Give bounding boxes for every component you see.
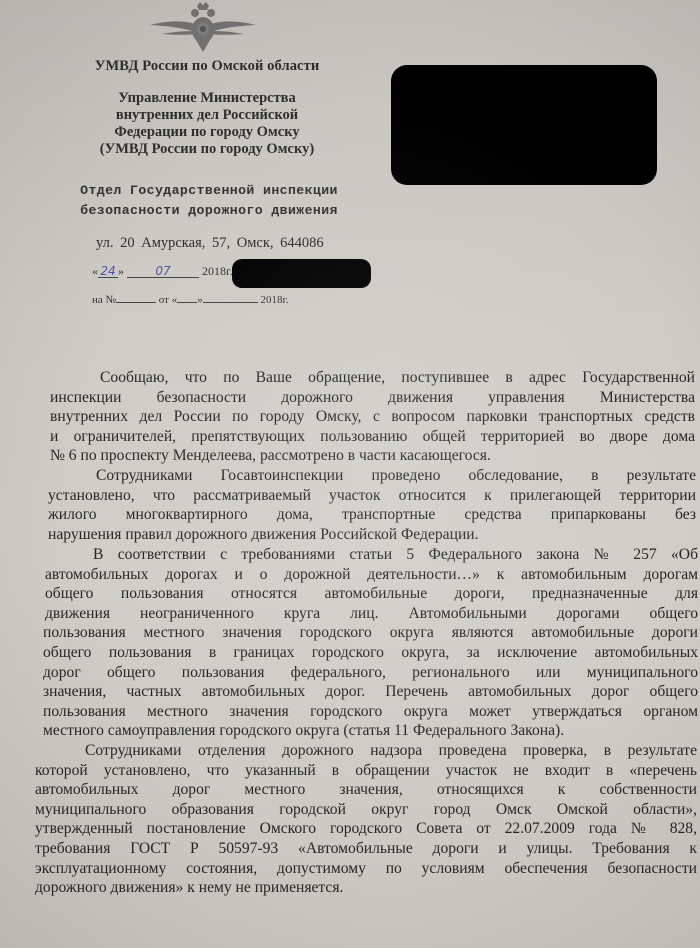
paragraph-1: Сообщаю, что по Ваше обращение, поступив… [50, 368, 695, 466]
ref-number-field [116, 291, 156, 303]
date-month-field: 07 [127, 264, 199, 278]
body-line: В соответствии с требованиями статьи 5 Ф… [93, 545, 698, 565]
org-line: Федерации по городу Омску [82, 124, 332, 141]
ref-day-field [177, 291, 197, 303]
body-line: инспекции безопасности дорожного движени… [50, 388, 695, 408]
body-line: и ограничителей, препятствующих пользова… [50, 427, 695, 447]
date-close-quote: » [118, 264, 124, 278]
org-line: внутренних дел Российской [82, 107, 332, 124]
body-line: пользования местного значения городского… [43, 623, 698, 643]
ref-month-field [203, 291, 258, 303]
body-line: утвержденный постановление Омского город… [35, 819, 697, 839]
body-line: Сообщаю, что по Ваше обращение, поступив… [100, 368, 695, 388]
paragraph-4: Сотрудниками отделения дорожного надзора… [35, 741, 697, 898]
body-line: дорог общего пользования федерального, р… [43, 663, 698, 683]
body-line: движения неограниченного круга лиц. Авто… [45, 604, 698, 624]
body-line: общего пользования относятся автомобильн… [45, 584, 698, 604]
body-line: Сотрудниками Госавтоинспекции проведено … [96, 466, 696, 486]
outgoing-number-redaction [232, 259, 371, 288]
body-line: эксплуатационному состояния, допустимому… [35, 859, 697, 879]
body-line: Сотрудниками отделения дорожного надзора… [85, 741, 697, 761]
org-line: (УМВД России по городу Омску) [82, 141, 332, 158]
body-line: пользования местного значения городского… [43, 702, 698, 722]
ref-number-label: на № [92, 294, 116, 306]
date-day-field: 24 [98, 264, 118, 278]
body-line: требования ГОСТ Р 50597-93 «Автомобильны… [35, 839, 697, 859]
body-line: автомобильных дорогах и о дорожной деяте… [45, 565, 698, 585]
letter-page: УМВД России по Омской области Управление… [0, 0, 700, 948]
handwritten-day: 24 [100, 264, 115, 278]
org-line: Управление Министерства [82, 90, 332, 107]
organization-name-block: Управление Министерства внутренних дел Р… [82, 90, 332, 158]
body-line: жилого многоквартирного дома, транспортн… [48, 505, 696, 525]
body-line: нарушения правил дорожного движения Росс… [48, 525, 696, 545]
body-line: муниципального образования городской окр… [35, 800, 697, 820]
body-line: местного самоуправления городского округ… [43, 721, 698, 741]
handwritten-month: 07 [155, 264, 170, 278]
paragraph-2: Сотрудниками Госавтоинспекции проведено … [48, 466, 696, 544]
body-line: общего пользования в границах городского… [43, 643, 698, 663]
address: ул. 20 Амурская, 57, Омск, 644086 [96, 235, 324, 252]
body-line: значения, частных автомобильных дорог. П… [43, 682, 698, 702]
body-line: № 6 по проспекту Менделеева, рассмотрено… [50, 446, 695, 466]
main-organization-title: УМВД России по Омской области [82, 58, 332, 75]
dept-line: безопасности дорожного движения [64, 201, 354, 221]
letter-date: «24» 07 2018г. [92, 264, 233, 279]
dept-line: Отдел Государственной инспекции [64, 181, 354, 201]
body-line: установлено, что рассматриваемый участок… [48, 486, 696, 506]
paragraph-3: В соответствии с требованиями статьи 5 Ф… [43, 545, 698, 741]
body-line: автомобильных дорог местного значения, о… [35, 780, 697, 800]
body-line: внутренних дел России по городу Омску, с… [50, 407, 695, 427]
date-year: 2018г. [202, 264, 233, 278]
department-name-block: Отдел Государственной инспекции безопасн… [64, 181, 354, 221]
reference-line: на № от «» 2018г. [92, 291, 288, 306]
mvd-eagle-emblem-icon [148, 0, 258, 56]
ref-from-label: от « [159, 294, 177, 306]
recipient-redaction [391, 65, 657, 185]
body-line: дорожного движения» к нему не применяетс… [35, 878, 697, 898]
body-line: которой установлено, что указанный в обр… [35, 761, 697, 781]
ref-year: 2018г. [260, 294, 288, 306]
